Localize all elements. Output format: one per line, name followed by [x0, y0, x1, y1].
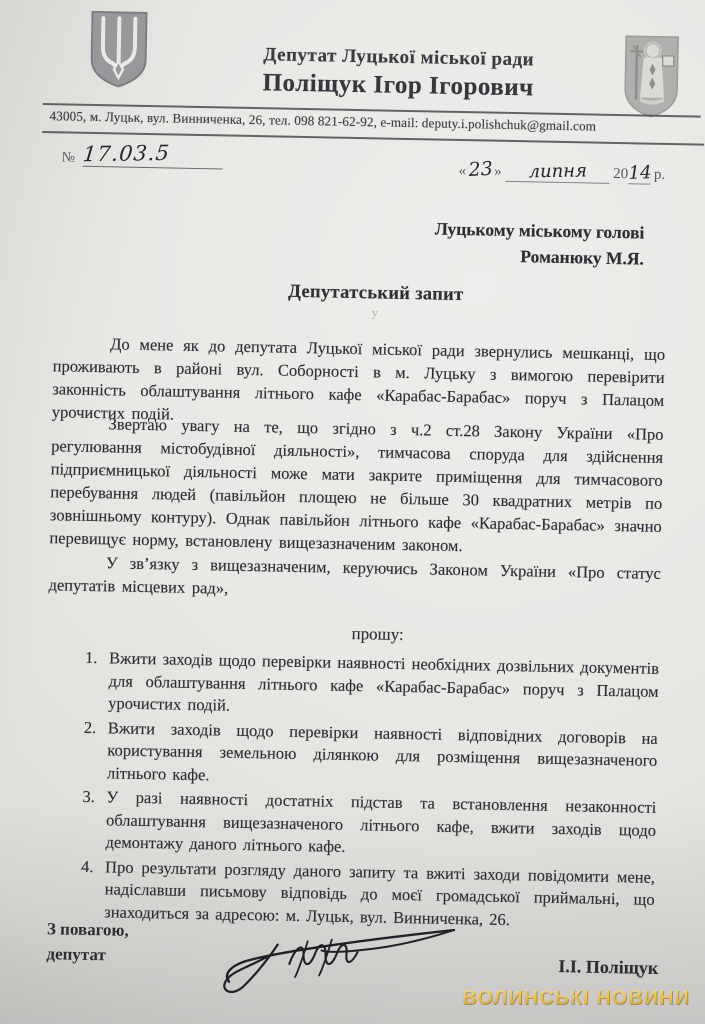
list-item: 1. Вжити заходів щодо перевірки наявност… [84, 647, 659, 726]
list-item-number: 1. [84, 647, 109, 715]
closing-line1: З повагою, [47, 916, 129, 943]
date-day-handwritten: 23 [468, 158, 493, 181]
reference-row: №17.03.5 [62, 140, 224, 169]
paragraph-2: Звертаю увагу на те, що згідно з ч.2 ст.… [49, 411, 664, 561]
signer-name: І.І. Поліщук [558, 956, 658, 979]
addressee-block: Луцькому міському голові Романюку М.Я. [434, 216, 645, 272]
reference-label: № [62, 150, 76, 165]
lutsk-coat-of-arms-icon [622, 33, 682, 120]
trident-emblem-icon [88, 9, 150, 90]
closing-block: З повагою, депутат [46, 916, 129, 968]
list-item-number: 2. [83, 716, 108, 784]
date-close-quote: » [494, 164, 502, 180]
list-item-text: Вжити заходів щодо перевірки наявності н… [108, 647, 659, 725]
date-era-label: р. [654, 167, 666, 183]
letterhead: Депутат Луцької міської ради Поліщук Іго… [208, 43, 589, 103]
letter-sheet: Депутат Луцької міської ради Поліщук Іго… [0, 0, 705, 1024]
date-year-handwritten: 14 [628, 162, 652, 184]
date-row: «23» липня 2014 р. [458, 158, 698, 186]
addressee-line2: Романюку М.Я. [434, 242, 644, 272]
list-item-text: Вжити заходів щодо перевірки наявності в… [107, 717, 658, 795]
list-item-number: 4. [80, 855, 105, 923]
stray-ink-mark: у [372, 305, 378, 320]
scanned-letter-photo: Депутат Луцької міської ради Поліщук Іго… [0, 0, 705, 1024]
signature-scribble [219, 916, 466, 1009]
list-item-text: У разі наявності достатніх підстав та вс… [105, 786, 656, 864]
list-item: 3. У разі наявності достатніх підстав та… [81, 786, 656, 865]
list-item-number: 3. [81, 786, 106, 854]
list-item: 2. Вжити заходів щодо перевірки наявност… [83, 716, 658, 795]
document-title: Депутатський запит [288, 282, 464, 306]
request-list: 1. Вжити заходів щодо перевірки наявност… [80, 647, 659, 936]
request-word: прошу: [297, 623, 457, 646]
closing-line2: депутат [46, 941, 128, 968]
addressee-line1: Луцькому міському голові [435, 216, 645, 246]
letterhead-name: Поліщук Ігор Ігорович [208, 68, 588, 103]
date-month-handwritten: липня [528, 160, 587, 182]
reference-number-handwritten: 17.03.5 [82, 141, 171, 166]
news-watermark: ВОЛИНСЬКІ НОВИНИ [462, 987, 690, 1010]
date-year-prefix: 20 [613, 166, 628, 182]
date-open-quote: « [458, 163, 466, 179]
letterhead-office: Депутат Луцької міської ради [209, 43, 589, 72]
